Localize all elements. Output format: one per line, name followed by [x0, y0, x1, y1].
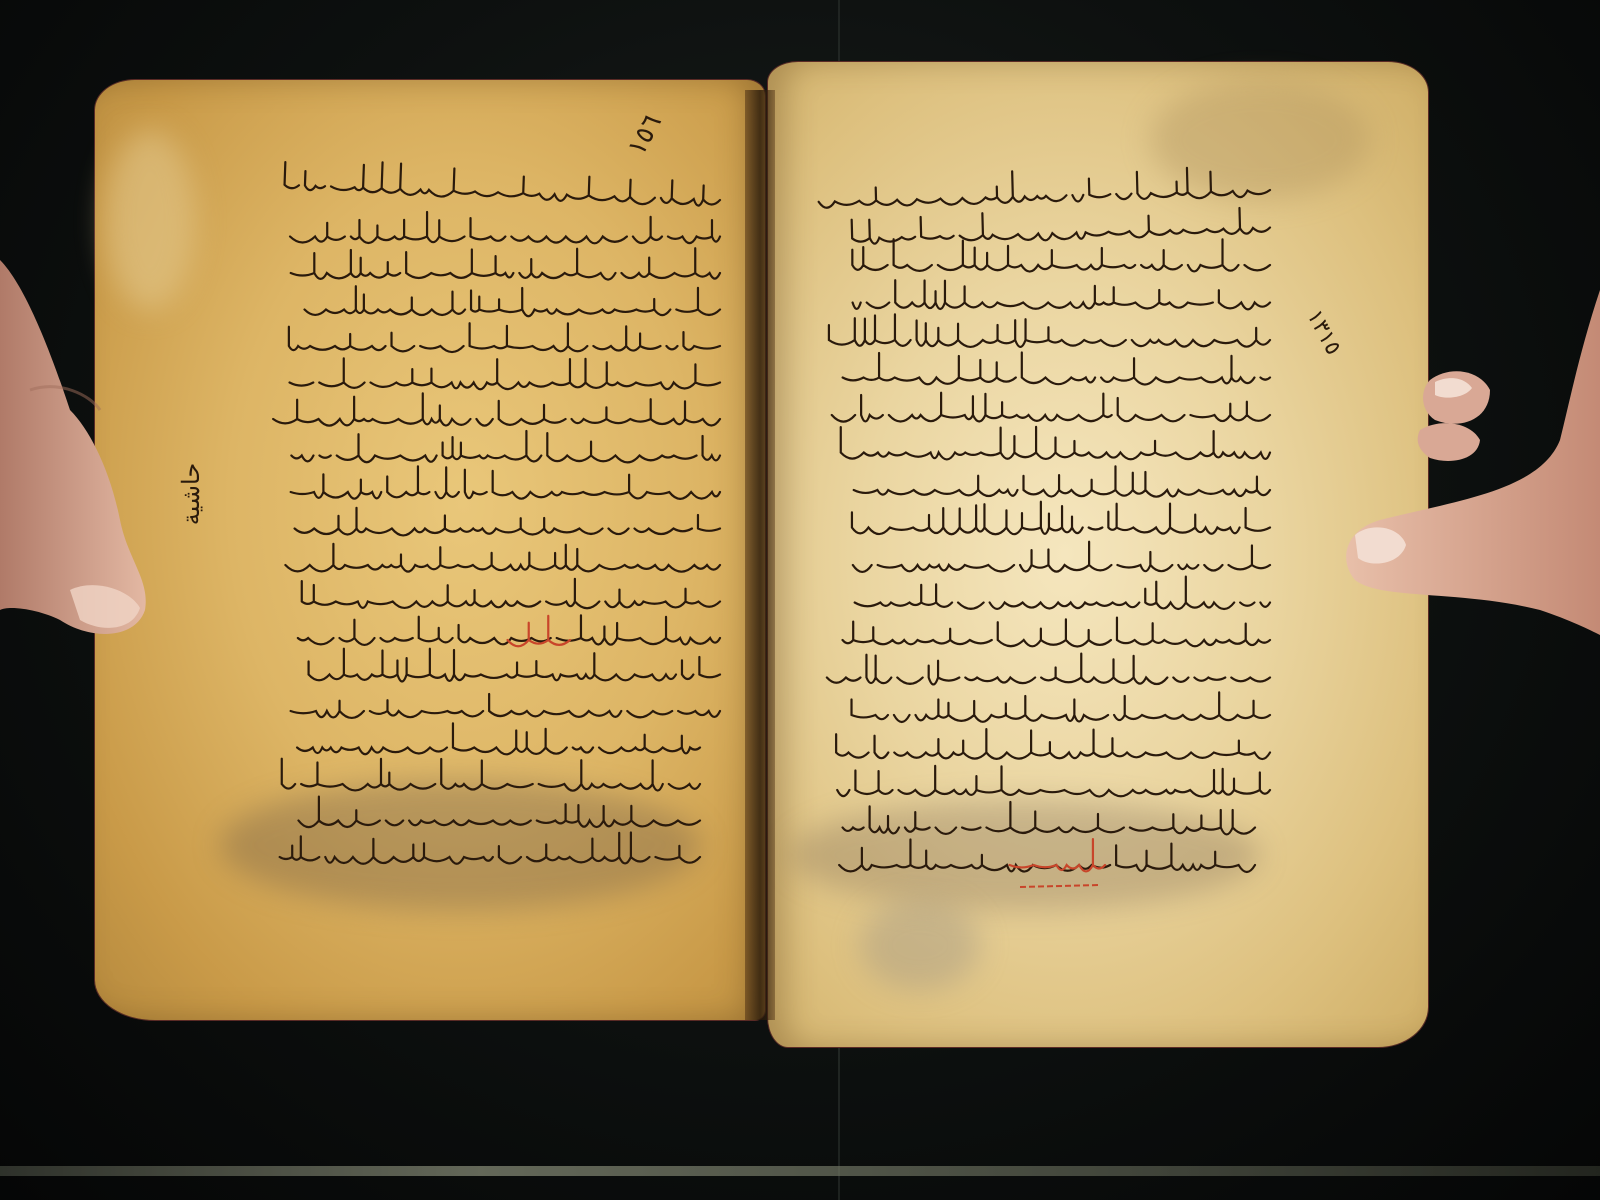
left-hand [0, 260, 180, 660]
right-hand [1340, 290, 1600, 660]
left-margin-note: حاشية [177, 463, 205, 525]
